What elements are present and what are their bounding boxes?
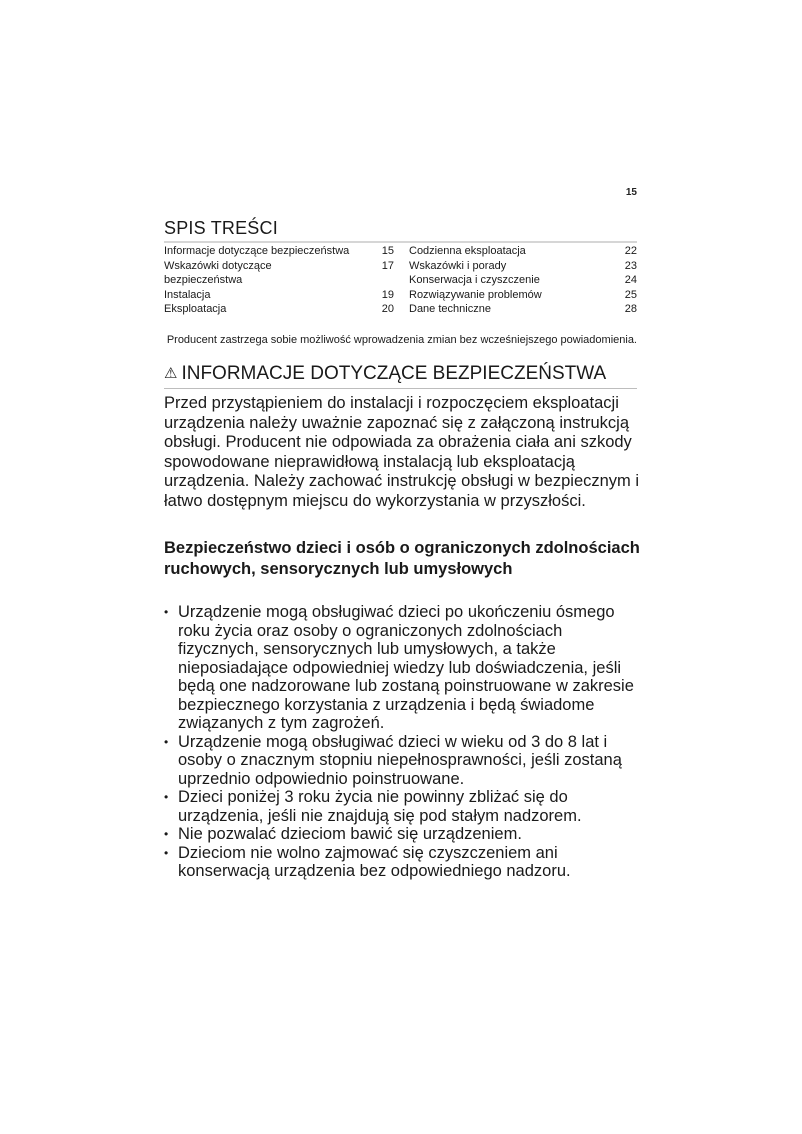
section-title: ⚠INFORMACJE DOTYCZĄCE BEZPIECZEŃSTWA [164,363,637,385]
list-item: •Urządzenie mogą obsługiwać dzieci w wie… [164,733,644,789]
subheading: Bezpieczeństwo dzieci i osób o ograniczo… [164,538,644,579]
toc-entry-continuation[interactable]: bezpieczeństwa [164,273,394,288]
toc-entry[interactable]: Dane techniczne28 [409,302,637,317]
section-divider [164,388,637,389]
list-item: •Dzieci poniżej 3 roku życia nie powinny… [164,788,644,825]
intro-paragraph: Przed przystąpieniem do instalacji i roz… [164,394,644,512]
toc-page-number: 28 [617,302,637,317]
bullet-icon: • [164,788,168,807]
toc-page-number: 24 [617,273,637,288]
toc-page-number: 23 [617,259,637,274]
bullet-icon: • [164,733,168,752]
list-item: •Dzieciom nie wolno zajmować się czyszcz… [164,844,644,881]
toc-entry[interactable]: Eksploatacja20 [164,302,394,317]
bullet-icon: • [164,844,168,863]
toc-divider [164,241,637,243]
toc-column-right: Codzienna eksploatacja22 Wskazówki i por… [409,244,637,317]
toc-page-number: 22 [617,244,637,259]
toc-page-number: 15 [374,244,394,259]
toc-entry[interactable]: Informacje dotyczące bezpieczeństwa15 [164,244,394,259]
toc-column-left: Informacje dotyczące bezpieczeństwa15 Ws… [164,244,394,317]
toc-page-number: 20 [374,302,394,317]
list-item: •Nie pozwalać dzieciom bawić się urządze… [164,825,644,844]
bullet-icon: • [164,603,168,622]
toc-page-number: 19 [374,288,394,303]
toc-entry[interactable]: Instalacja19 [164,288,394,303]
toc-entry[interactable]: Wskazówki dotyczące17 [164,259,394,274]
toc-page-number: 25 [617,288,637,303]
warning-icon: ⚠ [164,365,177,382]
safety-bullet-list: •Urządzenie mogą obsługiwać dzieci po uk… [164,603,644,881]
section-title-text: INFORMACJE DOTYCZĄCE BEZPIECZEŃSTWA [181,363,606,384]
toc-title: SPIS TREŚCI [164,218,278,239]
page-number: 15 [626,187,637,198]
toc-page-number: 17 [374,259,394,274]
toc-entry[interactable]: Wskazówki i porady23 [409,259,637,274]
toc-entry[interactable]: Codzienna eksploatacja22 [409,244,637,259]
list-item: •Urządzenie mogą obsługiwać dzieci po uk… [164,603,644,733]
toc-entry[interactable]: Konserwacja i czyszczenie24 [409,273,637,288]
toc-entry[interactable]: Rozwiązywanie problemów25 [409,288,637,303]
bullet-icon: • [164,825,168,844]
change-notice: Producent zastrzega sobie możliwość wpro… [164,333,637,348]
